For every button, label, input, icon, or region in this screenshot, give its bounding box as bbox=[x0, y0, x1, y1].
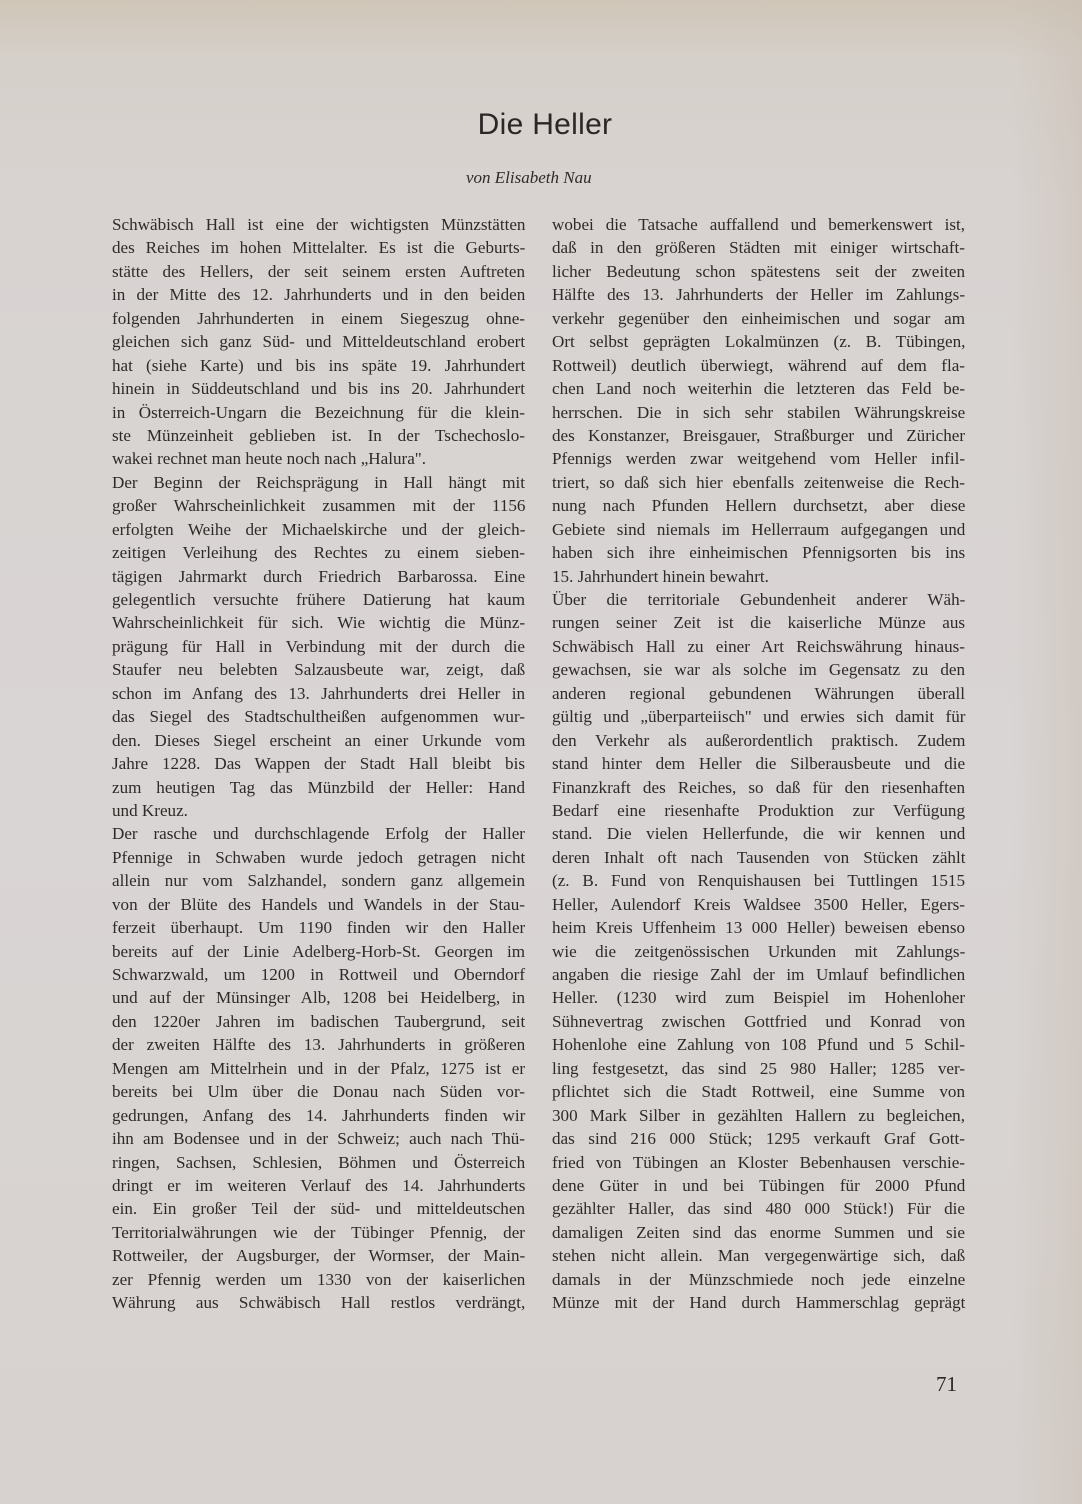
text-line: anderen regional gebundenen Währungen üb… bbox=[552, 682, 965, 705]
text-line: gleichen sich ganz Süd- und Mitteldeutsc… bbox=[112, 330, 525, 353]
text-line: Heller. (1230 wird zum Beispiel im Hohen… bbox=[552, 986, 965, 1009]
text-line: deren Inhalt oft nach Tausenden von Stüc… bbox=[552, 846, 965, 869]
text-line: der zweiten Hälfte des 13. Jahrhunderts … bbox=[112, 1033, 525, 1056]
text-line: Staufer neu belebten Salzausbeute war, z… bbox=[112, 658, 525, 681]
text-line: triert, so daß sich hier ebenfalls zeite… bbox=[552, 471, 965, 494]
text-line: ferzeit überhaupt. Um 1190 finden wir de… bbox=[112, 916, 525, 939]
text-line: Hälfte des 13. Jahrhunderts der Heller i… bbox=[552, 283, 965, 306]
text-line: Währung aus Schwäbisch Hall restlos verd… bbox=[112, 1291, 525, 1314]
text-line: tägigen Jahrmarkt durch Friedrich Barbar… bbox=[112, 565, 525, 588]
text-line: den 1220er Jahren im badischen Taubergru… bbox=[112, 1010, 525, 1033]
text-line: in der Mitte des 12. Jahrhunderts und in… bbox=[112, 283, 525, 306]
text-line: stätte des Hellers, der seit seinem erst… bbox=[112, 260, 525, 283]
text-line: ringen, Sachsen, Schlesien, Böhmen und Ö… bbox=[112, 1151, 525, 1174]
text-line: gewachsen, sie war als solche im Gegensa… bbox=[552, 658, 965, 681]
text-line: fried von Tübingen an Kloster Bebenhause… bbox=[552, 1151, 965, 1174]
text-line: wobei die Tatsache auffallend und bemerk… bbox=[552, 213, 965, 236]
text-line: zum heutigen Tag das Münzbild der Heller… bbox=[112, 776, 525, 799]
text-line: Gebiete sind niemals im Hellerraum aufge… bbox=[552, 518, 965, 541]
text-line: Schwarzwald, um 1200 in Rottweil und Obe… bbox=[112, 963, 525, 986]
page-number: 71 bbox=[936, 1372, 957, 1397]
article-title: Die Heller bbox=[0, 108, 1082, 142]
text-line: ein. Ein großer Teil der süd- und mittel… bbox=[112, 1197, 525, 1220]
text-line: hinein in Süddeutschland und bis ins 20.… bbox=[112, 377, 525, 400]
text-line: Sühnevertrag zwischen Gottfried und Konr… bbox=[552, 1010, 965, 1033]
text-column-right: wobei die Tatsache auffallend und bemerk… bbox=[552, 213, 965, 1315]
text-line: dringt er im weiteren Verlauf des 14. Ja… bbox=[112, 1174, 525, 1197]
text-line: bereits bei Ulm über die Donau nach Süde… bbox=[112, 1080, 525, 1103]
text-line: das sind 216 000 Stück; 1295 verkauft Gr… bbox=[552, 1127, 965, 1150]
text-line: und auf der Münsinger Alb, 1208 bei Heid… bbox=[112, 986, 525, 1009]
text-line: pflichtet sich die Stadt Rottweil, eine … bbox=[552, 1080, 965, 1103]
text-line: Bedarf eine riesenhafte Produktion zur V… bbox=[552, 799, 965, 822]
text-line: damals in der Münzschmiede noch jede ein… bbox=[552, 1268, 965, 1291]
text-line: Pfennige in Schwaben wurde jedoch getrag… bbox=[112, 846, 525, 869]
text-line: Der Beginn der Reichsprägung in Hall hän… bbox=[112, 471, 525, 494]
text-line: folgenden Jahrhunderten in einem Siegesz… bbox=[112, 307, 525, 330]
text-line: 15. Jahrhundert hinein bewahrt. bbox=[552, 565, 965, 588]
text-line: rungen seiner Zeit ist die kaiserliche M… bbox=[552, 611, 965, 634]
text-line: haben sich ihre einheimischen Pfennigsor… bbox=[552, 541, 965, 564]
text-line: stand. Die vielen Hellerfunde, die wir k… bbox=[552, 822, 965, 845]
text-line: das Siegel des Stadtschultheißen aufgeno… bbox=[112, 705, 525, 728]
text-line: Rottweiler, der Augsburger, der Wormser,… bbox=[112, 1244, 525, 1267]
text-line: chen Land noch weiterhin die letzteren d… bbox=[552, 377, 965, 400]
text-line: (z. B. Fund von Renquishausen bei Tuttli… bbox=[552, 869, 965, 892]
text-line: verkehr gegenüber den einheimischen und … bbox=[552, 307, 965, 330]
text-line: Pfennigs werden zwar weitgehend vom Hell… bbox=[552, 447, 965, 470]
text-line: in Österreich-Ungarn die Bezeichnung für… bbox=[112, 401, 525, 424]
text-line: licher Bedeutung schon spätestens seit d… bbox=[552, 260, 965, 283]
text-line: damaligen Zeiten sind das enorme Summen … bbox=[552, 1221, 965, 1244]
text-line: des Konstanzer, Breisgauer, Straßburger … bbox=[552, 424, 965, 447]
text-line: angaben die riesige Zahl der im Umlauf b… bbox=[552, 963, 965, 986]
text-line: den. Dieses Siegel erscheint an einer Ur… bbox=[112, 729, 525, 752]
text-line: wakei rechnet man heute noch nach „Halur… bbox=[112, 447, 525, 470]
text-line: Territorialwährungen wie der Tübinger Pf… bbox=[112, 1221, 525, 1244]
text-line: heim Kreis Uffenheim 13 000 Heller) bewe… bbox=[552, 916, 965, 939]
text-line: dene Güter in und bei Tübingen für 2000 … bbox=[552, 1174, 965, 1197]
text-line: ste Münzeinheit geblieben ist. In der Ts… bbox=[112, 424, 525, 447]
text-column-left: Schwäbisch Hall ist eine der wichtigsten… bbox=[112, 213, 525, 1315]
text-line: von der Blüte des Handels und Wandels in… bbox=[112, 893, 525, 916]
text-line: Jahre 1228. Das Wappen der Stadt Hall bl… bbox=[112, 752, 525, 775]
text-line: stehen nicht allein. Man vergegenwärtige… bbox=[552, 1244, 965, 1267]
text-line: hat (siehe Karte) und bis ins späte 19. … bbox=[112, 354, 525, 377]
text-line: gültig und „überparteiisch" und erwies s… bbox=[552, 705, 965, 728]
text-line: Hohenlohe eine Zahlung von 108 Pfund und… bbox=[552, 1033, 965, 1056]
text-line: herrschen. Die in sich sehr stabilen Wäh… bbox=[552, 401, 965, 424]
text-line: und Kreuz. bbox=[112, 799, 525, 822]
text-line: wie die zeitgenössischen Urkunden mit Za… bbox=[552, 940, 965, 963]
text-line: Ort selbst geprägten Lokalmünzen (z. B. … bbox=[552, 330, 965, 353]
text-line: des Reiches im hohen Mittelalter. Es ist… bbox=[112, 236, 525, 259]
text-line: Münze mit der Hand durch Hammerschlag ge… bbox=[552, 1291, 965, 1314]
text-line: zeitigen Verleihung des Rechtes zu einem… bbox=[112, 541, 525, 564]
text-line: Schwäbisch Hall zu einer Art Reichswähru… bbox=[552, 635, 965, 658]
text-line: ling festgesetzt, das sind 25 980 Haller… bbox=[552, 1057, 965, 1080]
text-line: schon im Anfang des 13. Jahrhunderts dre… bbox=[112, 682, 525, 705]
text-line: Schwäbisch Hall ist eine der wichtigsten… bbox=[112, 213, 525, 236]
text-line: Heller, Aulendorf Kreis Waldsee 3500 Hel… bbox=[552, 893, 965, 916]
text-line: den Verkehr als außerordentlich praktisc… bbox=[552, 729, 965, 752]
text-line: ihn am Bodensee und in der Schweiz; auch… bbox=[112, 1127, 525, 1150]
text-line: daß in den größeren Städten mit einiger … bbox=[552, 236, 965, 259]
text-line: Über die territoriale Gebundenheit ander… bbox=[552, 588, 965, 611]
text-line: Mengen am Mittelrhein und in der Pfalz, … bbox=[112, 1057, 525, 1080]
text-line: gedrungen, Anfang des 14. Jahrhunderts f… bbox=[112, 1104, 525, 1127]
text-line: großer Wahrscheinlichkeit zusammen mit d… bbox=[112, 494, 525, 517]
text-line: Finanzkraft des Reiches, so daß für den … bbox=[552, 776, 965, 799]
text-line: allein nur vom Salzhandel, sondern ganz … bbox=[112, 869, 525, 892]
text-line: zer Pfennig werden um 1330 von der kaise… bbox=[112, 1268, 525, 1291]
text-line: 300 Mark Silber in gezählten Hallern zu … bbox=[552, 1104, 965, 1127]
text-line: gezählter Haller, das sind 480 000 Stück… bbox=[552, 1197, 965, 1220]
text-line: prägung für Hall in Verbindung mit der d… bbox=[112, 635, 525, 658]
page-edge-shadow bbox=[1012, 0, 1082, 1504]
text-line: Wahrscheinlichkeit für sich. Wie wichtig… bbox=[112, 611, 525, 634]
text-line: nung nach Pfunden Hellern durchsetzt, ab… bbox=[552, 494, 965, 517]
article-byline: von Elisabeth Nau bbox=[466, 168, 626, 188]
text-line: gelegentlich versuchte frühere Datierung… bbox=[112, 588, 525, 611]
text-line: Der rasche und durchschlagende Erfolg de… bbox=[112, 822, 525, 845]
text-line: erfolgten Weihe der Michaelskirche und d… bbox=[112, 518, 525, 541]
text-line: bereits auf der Linie Adelberg-Horb-St. … bbox=[112, 940, 525, 963]
text-line: Rottweil) deutlich überwiegt, während au… bbox=[552, 354, 965, 377]
text-line: stand hinter dem Heller die Silberausbeu… bbox=[552, 752, 965, 775]
